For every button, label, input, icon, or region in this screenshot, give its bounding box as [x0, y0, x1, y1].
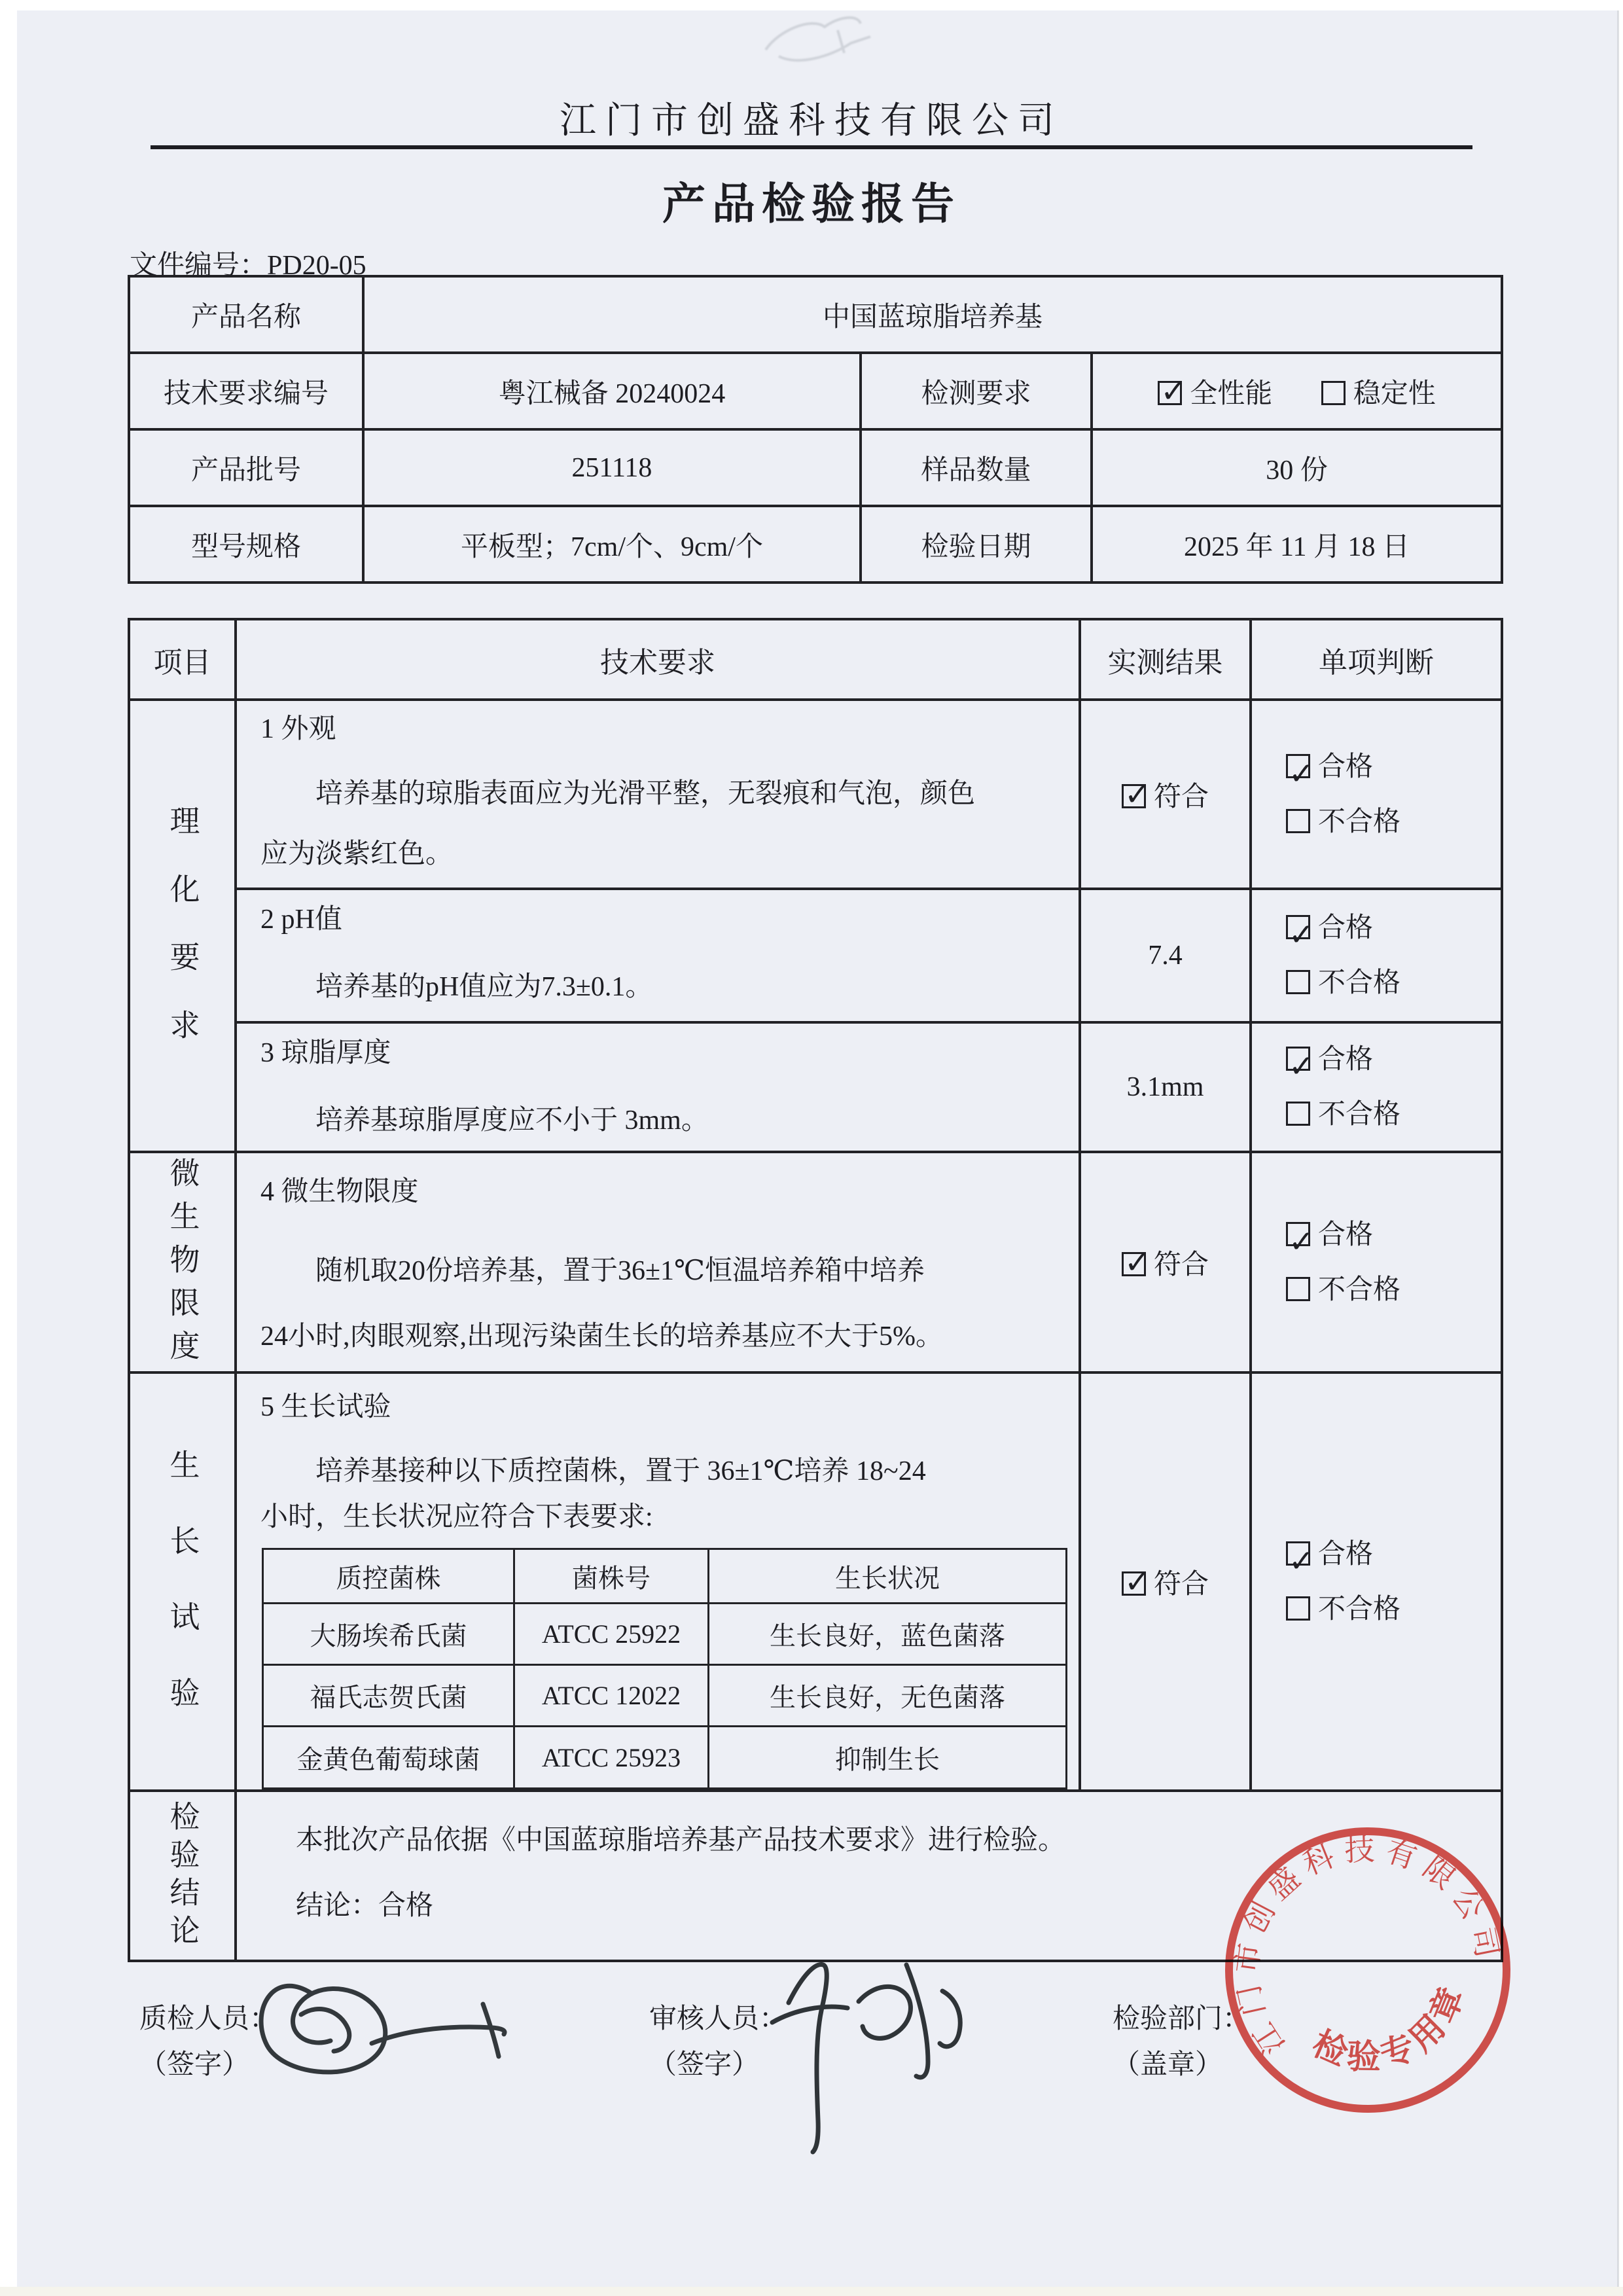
growth-row: 福氏志贺氏菌 ATCC 12022 生长良好，无色菌落 — [263, 1665, 1067, 1727]
review-signature — [772, 1965, 960, 2152]
col-header-result: 实测结果 — [1080, 619, 1251, 700]
table-row-appearance: 理化要求 1 外观 培养基的琼脂表面应为光滑平整，无裂痕和气泡，颜色 应为淡紫红… — [129, 700, 1502, 889]
batch-label: 产品批号 — [129, 429, 363, 506]
info-table: 产品名称 中国蓝琼脂培养基 技术要求编号 粤江械备 20240024 检测要求 … — [128, 275, 1503, 584]
result-table: 项目 技术要求 实测结果 单项判断 理化要求 1 外观 培养基的琼脂表面应为光滑… — [128, 618, 1503, 1962]
col-header-judgment: 单项判断 — [1251, 619, 1502, 700]
scan-artifact — [740, 4, 897, 76]
item-title: 1 外观 — [260, 714, 1079, 744]
item-desc-line: 24小时,肉眼观察,出现污染菌生长的培养基应不大于5%。 — [260, 1304, 1059, 1369]
item-title: 2 pH值 — [260, 905, 1079, 935]
item-desc-line: 培养基琼脂厚度应不小于 3mm。 — [260, 1090, 1059, 1151]
model-label: 型号规格 — [129, 506, 363, 583]
inspection-stamp: 江门市创盛科技有限公司 检验专用章 — [1212, 1814, 1524, 2126]
growth-table: 质控菌株 菌株号 生长状况 大肠埃希氏菌 ATCC 25922 生长良好，蓝色菌… — [262, 1548, 1067, 1789]
growth-row: 大肠埃希氏菌 ATCC 25922 生长良好，蓝色菌落 — [263, 1604, 1067, 1665]
qc-signature — [261, 1986, 505, 2072]
requirement-ph: 2 pH值 培养基的pH值应为7.3±0.1。 — [236, 889, 1080, 1022]
tech-req-no-value: 粤江械备 20240024 — [363, 353, 861, 429]
option-stability: 稳定性 — [1353, 379, 1436, 409]
requirement-appearance: 1 外观 培养基的琼脂表面应为光滑平整，无裂痕和气泡，颜色 应为淡紫红色。 — [236, 700, 1080, 889]
checkbox-checked-icon — [1122, 1571, 1146, 1596]
growth-col-status: 生长状况 — [709, 1549, 1067, 1604]
item-title: 5 生长试验 — [260, 1392, 1079, 1422]
checkbox-empty-icon — [1286, 1596, 1310, 1621]
checkbox-empty-icon — [1286, 1102, 1310, 1126]
checkbox-checked-icon — [1286, 1047, 1310, 1071]
stamp-caption-text: 检验专用章 — [1297, 1967, 1491, 2102]
tech-req-no-label: 技术要求编号 — [129, 353, 363, 429]
judgment-thickness: 合格 不合格 — [1251, 1022, 1502, 1152]
requirement-growth: 5 生长试验 培养基接种以下质控菌株，置于 36±1℃培养 18~24 小时，生… — [236, 1372, 1080, 1791]
result-thickness: 3.1mm — [1080, 1022, 1251, 1152]
checkbox-empty-icon — [1286, 970, 1310, 994]
batch-value: 251118 — [363, 429, 861, 506]
checkbox-checked-icon — [1286, 1541, 1310, 1566]
table-row-microbial: 微生物限度 4 微生物限度 随机取20份培养基，置于36±1℃恒温培养箱中培养 … — [129, 1152, 1502, 1372]
page-title: 产品检验报告 — [0, 169, 1623, 231]
table-row: 产品名称 中国蓝琼脂培养基 — [129, 276, 1502, 353]
checkbox-empty-icon — [1286, 809, 1310, 833]
test-req-label: 检测要求 — [861, 353, 1092, 429]
col-header-item: 项目 — [129, 619, 236, 700]
growth-row: 金黄色葡萄球菌 ATCC 25923 抑制生长 — [263, 1727, 1067, 1789]
judgment-appearance: 合格 不合格 — [1251, 700, 1502, 889]
date-value: 2025 年 11 月 18 日 — [1092, 506, 1502, 583]
sample-qty-label: 样品数量 — [861, 429, 1092, 506]
company-name: 江门市创盛科技有限公司 — [0, 92, 1623, 144]
sample-qty-value: 30 份 — [1092, 429, 1502, 506]
result-microbial: 符合 — [1080, 1152, 1251, 1372]
growth-col-strain: 质控菌株 — [263, 1549, 514, 1604]
growth-col-number: 菌株号 — [514, 1549, 709, 1604]
group-label-growth: 生长试验 — [129, 1372, 236, 1791]
checkbox-checked-icon — [1286, 1222, 1310, 1246]
header-rule — [151, 145, 1472, 149]
handwritten-signatures — [196, 1931, 1047, 2193]
checkbox-checked-icon — [1122, 784, 1146, 808]
result-appearance: 符合 — [1080, 700, 1251, 889]
table-row: 型号规格 平板型；7cm/个、9cm/个 检验日期 2025 年 11 月 18… — [129, 506, 1502, 583]
result-growth: 符合 — [1080, 1372, 1251, 1791]
requirement-thickness: 3 琼脂厚度 培养基琼脂厚度应不小于 3mm。 — [236, 1022, 1080, 1152]
scanner-edge-line — [1617, 10, 1619, 2287]
date-label: 检验日期 — [861, 506, 1092, 583]
col-header-requirement: 技术要求 — [236, 619, 1080, 700]
item-title: 4 微生物限度 — [260, 1177, 1079, 1207]
product-name-value: 中国蓝琼脂培养基 — [363, 276, 1502, 353]
table-row: 技术要求编号 粤江械备 20240024 检测要求 全性能 稳定性 — [129, 353, 1502, 429]
table-row-thickness: 3 琼脂厚度 培养基琼脂厚度应不小于 3mm。 3.1mm 合格 不合格 — [129, 1022, 1502, 1152]
judgment-growth: 合格 不合格 — [1251, 1372, 1502, 1791]
checkbox-empty-icon — [1286, 1277, 1310, 1301]
stamp-company-text: 江门市创盛科技有限公司 — [1212, 1814, 1512, 2063]
scan-bottom-edge — [0, 2287, 1623, 2296]
table-row: 产品批号 251118 样品数量 30 份 — [129, 429, 1502, 506]
checkbox-empty-icon — [1321, 381, 1346, 405]
table-row-growth: 生长试验 5 生长试验 培养基接种以下质控菌株，置于 36±1℃培养 18~24… — [129, 1372, 1502, 1791]
item-desc-line: 小时，生长状况应符合下表要求: — [260, 1494, 1059, 1540]
product-name-label: 产品名称 — [129, 276, 363, 353]
item-desc-line: 随机取20份培养基，置于36±1℃恒温培养箱中培养 — [260, 1238, 1059, 1304]
test-req-options: 全性能 稳定性 — [1092, 353, 1502, 429]
item-desc-line: 培养基的琼脂表面应为光滑平整，无裂痕和气泡，颜色 — [260, 764, 1059, 824]
model-value: 平板型；7cm/个、9cm/个 — [363, 506, 861, 583]
group-label-micro: 微生物限度 — [129, 1152, 236, 1372]
item-desc-line: 培养基接种以下质控菌株，置于 36±1℃培养 18~24 — [260, 1448, 1059, 1494]
item-title: 3 琼脂厚度 — [260, 1038, 1079, 1068]
item-desc-line: 应为淡紫红色。 — [260, 824, 1059, 884]
table-row-ph: 2 pH值 培养基的pH值应为7.3±0.1。 7.4 合格 不合格 — [129, 889, 1502, 1022]
item-desc-line: 培养基的pH值应为7.3±0.1。 — [260, 957, 1059, 1017]
checkbox-checked-icon — [1158, 381, 1182, 405]
growth-header-row: 质控菌株 菌株号 生长状况 — [263, 1549, 1067, 1604]
judgment-ph: 合格 不合格 — [1251, 889, 1502, 1022]
requirement-microbial: 4 微生物限度 随机取20份培养基，置于36±1℃恒温培养箱中培养 24小时,肉… — [236, 1152, 1080, 1372]
judgment-microbial: 合格 不合格 — [1251, 1152, 1502, 1372]
table-header-row: 项目 技术要求 实测结果 单项判断 — [129, 619, 1502, 700]
checkbox-checked-icon — [1286, 915, 1310, 939]
group-label-physchem: 理化要求 — [129, 700, 236, 1152]
result-ph: 7.4 — [1080, 889, 1251, 1022]
checkbox-checked-icon — [1122, 1252, 1146, 1276]
checkbox-checked-icon — [1286, 754, 1310, 778]
option-full-performance: 全性能 — [1190, 379, 1272, 409]
